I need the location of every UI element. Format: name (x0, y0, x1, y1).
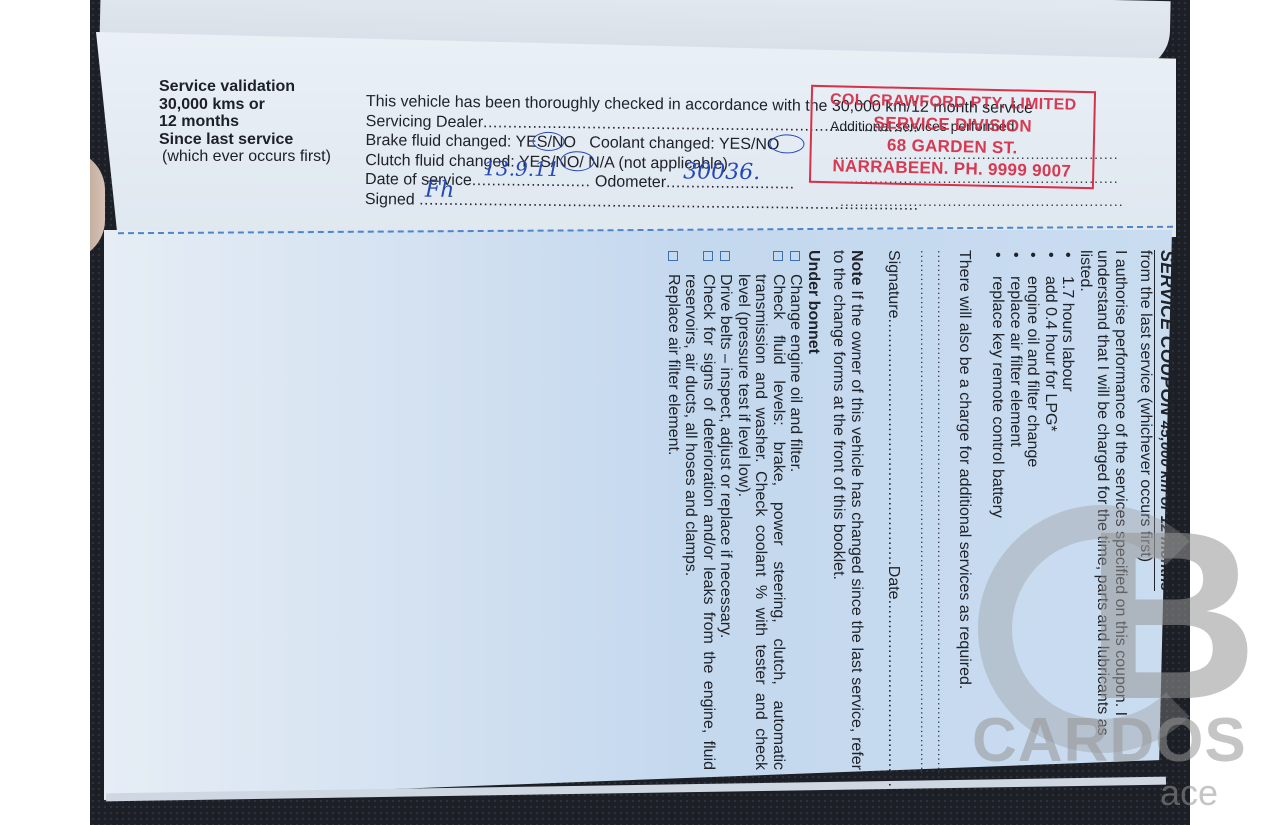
checkbox-icon[interactable] (703, 251, 713, 261)
checklist-text: Check fluid levels: brake, power steerin… (735, 274, 787, 770)
validation-line: Service validation (159, 78, 331, 96)
dealer-stamp: COL CRAWFORD PTY. LIMITED SERVICE DIVISI… (809, 85, 1096, 189)
signed-label: Signed (365, 190, 415, 208)
owner-change-note: Note If the owner of this vehicle has ch… (830, 250, 865, 770)
thumb (90, 150, 105, 260)
under-bonnet-heading: Under bonnet (805, 250, 823, 770)
coolant-no-circle (769, 134, 804, 153)
odometer-label: Odometer (595, 173, 666, 191)
odometer-handwritten: 30036. (683, 162, 760, 182)
checkbox-icon[interactable] (773, 251, 783, 261)
coupon-title-text: SERVICE COUPON (1157, 250, 1177, 416)
watermark-brand: CARDOS (972, 705, 1247, 776)
checkbox-icon[interactable] (721, 251, 731, 261)
date-label: Date (886, 566, 903, 600)
checklist-item[interactable]: Check fluid levels: brake, power steerin… (735, 250, 788, 770)
clutch-fluid-no-circle (560, 151, 594, 171)
checklist-item[interactable]: Check for signs of deterioration and/or … (682, 250, 717, 770)
checklist-text: Check for signs of deterioration and/or … (683, 274, 718, 770)
checklist-item[interactable]: Replace air filter element. (665, 250, 683, 770)
date-of-service-label: Date of service (365, 171, 472, 189)
additional-charge-text: There will also be a charge for addition… (956, 250, 974, 770)
additional-services-line: ........................................… (934, 250, 952, 770)
checklist-item[interactable]: Change engine oil and filter. (787, 250, 805, 770)
checkbox-icon[interactable] (791, 251, 801, 261)
watermark-tagline: ace (1160, 772, 1218, 814)
note-text: If the owner of this vehicle has changed… (831, 250, 866, 770)
signature-handwritten: Fh (425, 180, 455, 200)
signature-label: Signature (886, 250, 903, 319)
coolant-label: Coolant changed: YES/NO (589, 134, 779, 153)
checkbox-icon[interactable] (668, 251, 678, 261)
brake-fluid-no-circle (532, 132, 564, 151)
additional-services-line: ........................................… (840, 193, 1124, 209)
validation-line: 30,000 kms or (159, 96, 331, 114)
signature-date-line: Signature...............................… (885, 250, 903, 770)
servicing-dealer-label: Servicing Dealer (366, 112, 484, 130)
watermark-logo-letter: B (1085, 505, 1258, 725)
note-label: Note (848, 250, 865, 286)
checklist-item[interactable]: Drive belts – inspect, adjust or replace… (717, 250, 735, 770)
under-bonnet-checklist: Change engine oil and filter. Check flui… (665, 250, 805, 770)
checklist-text: Change engine oil and filter. (788, 274, 805, 472)
validation-line: Since last service (159, 131, 331, 149)
checklist-text: Drive belts – inspect, adjust or replace… (718, 274, 735, 638)
validation-note: (which ever occurs first) (159, 148, 331, 166)
checklist-text: Replace air filter element. (665, 274, 682, 455)
service-validation-block: Service validation 30,000 kms or 12 mont… (159, 78, 331, 166)
validation-line: 12 months (159, 113, 331, 131)
additional-services-line: ........................................… (917, 250, 935, 770)
date-of-service-handwritten: 13.9.11 (483, 159, 560, 179)
